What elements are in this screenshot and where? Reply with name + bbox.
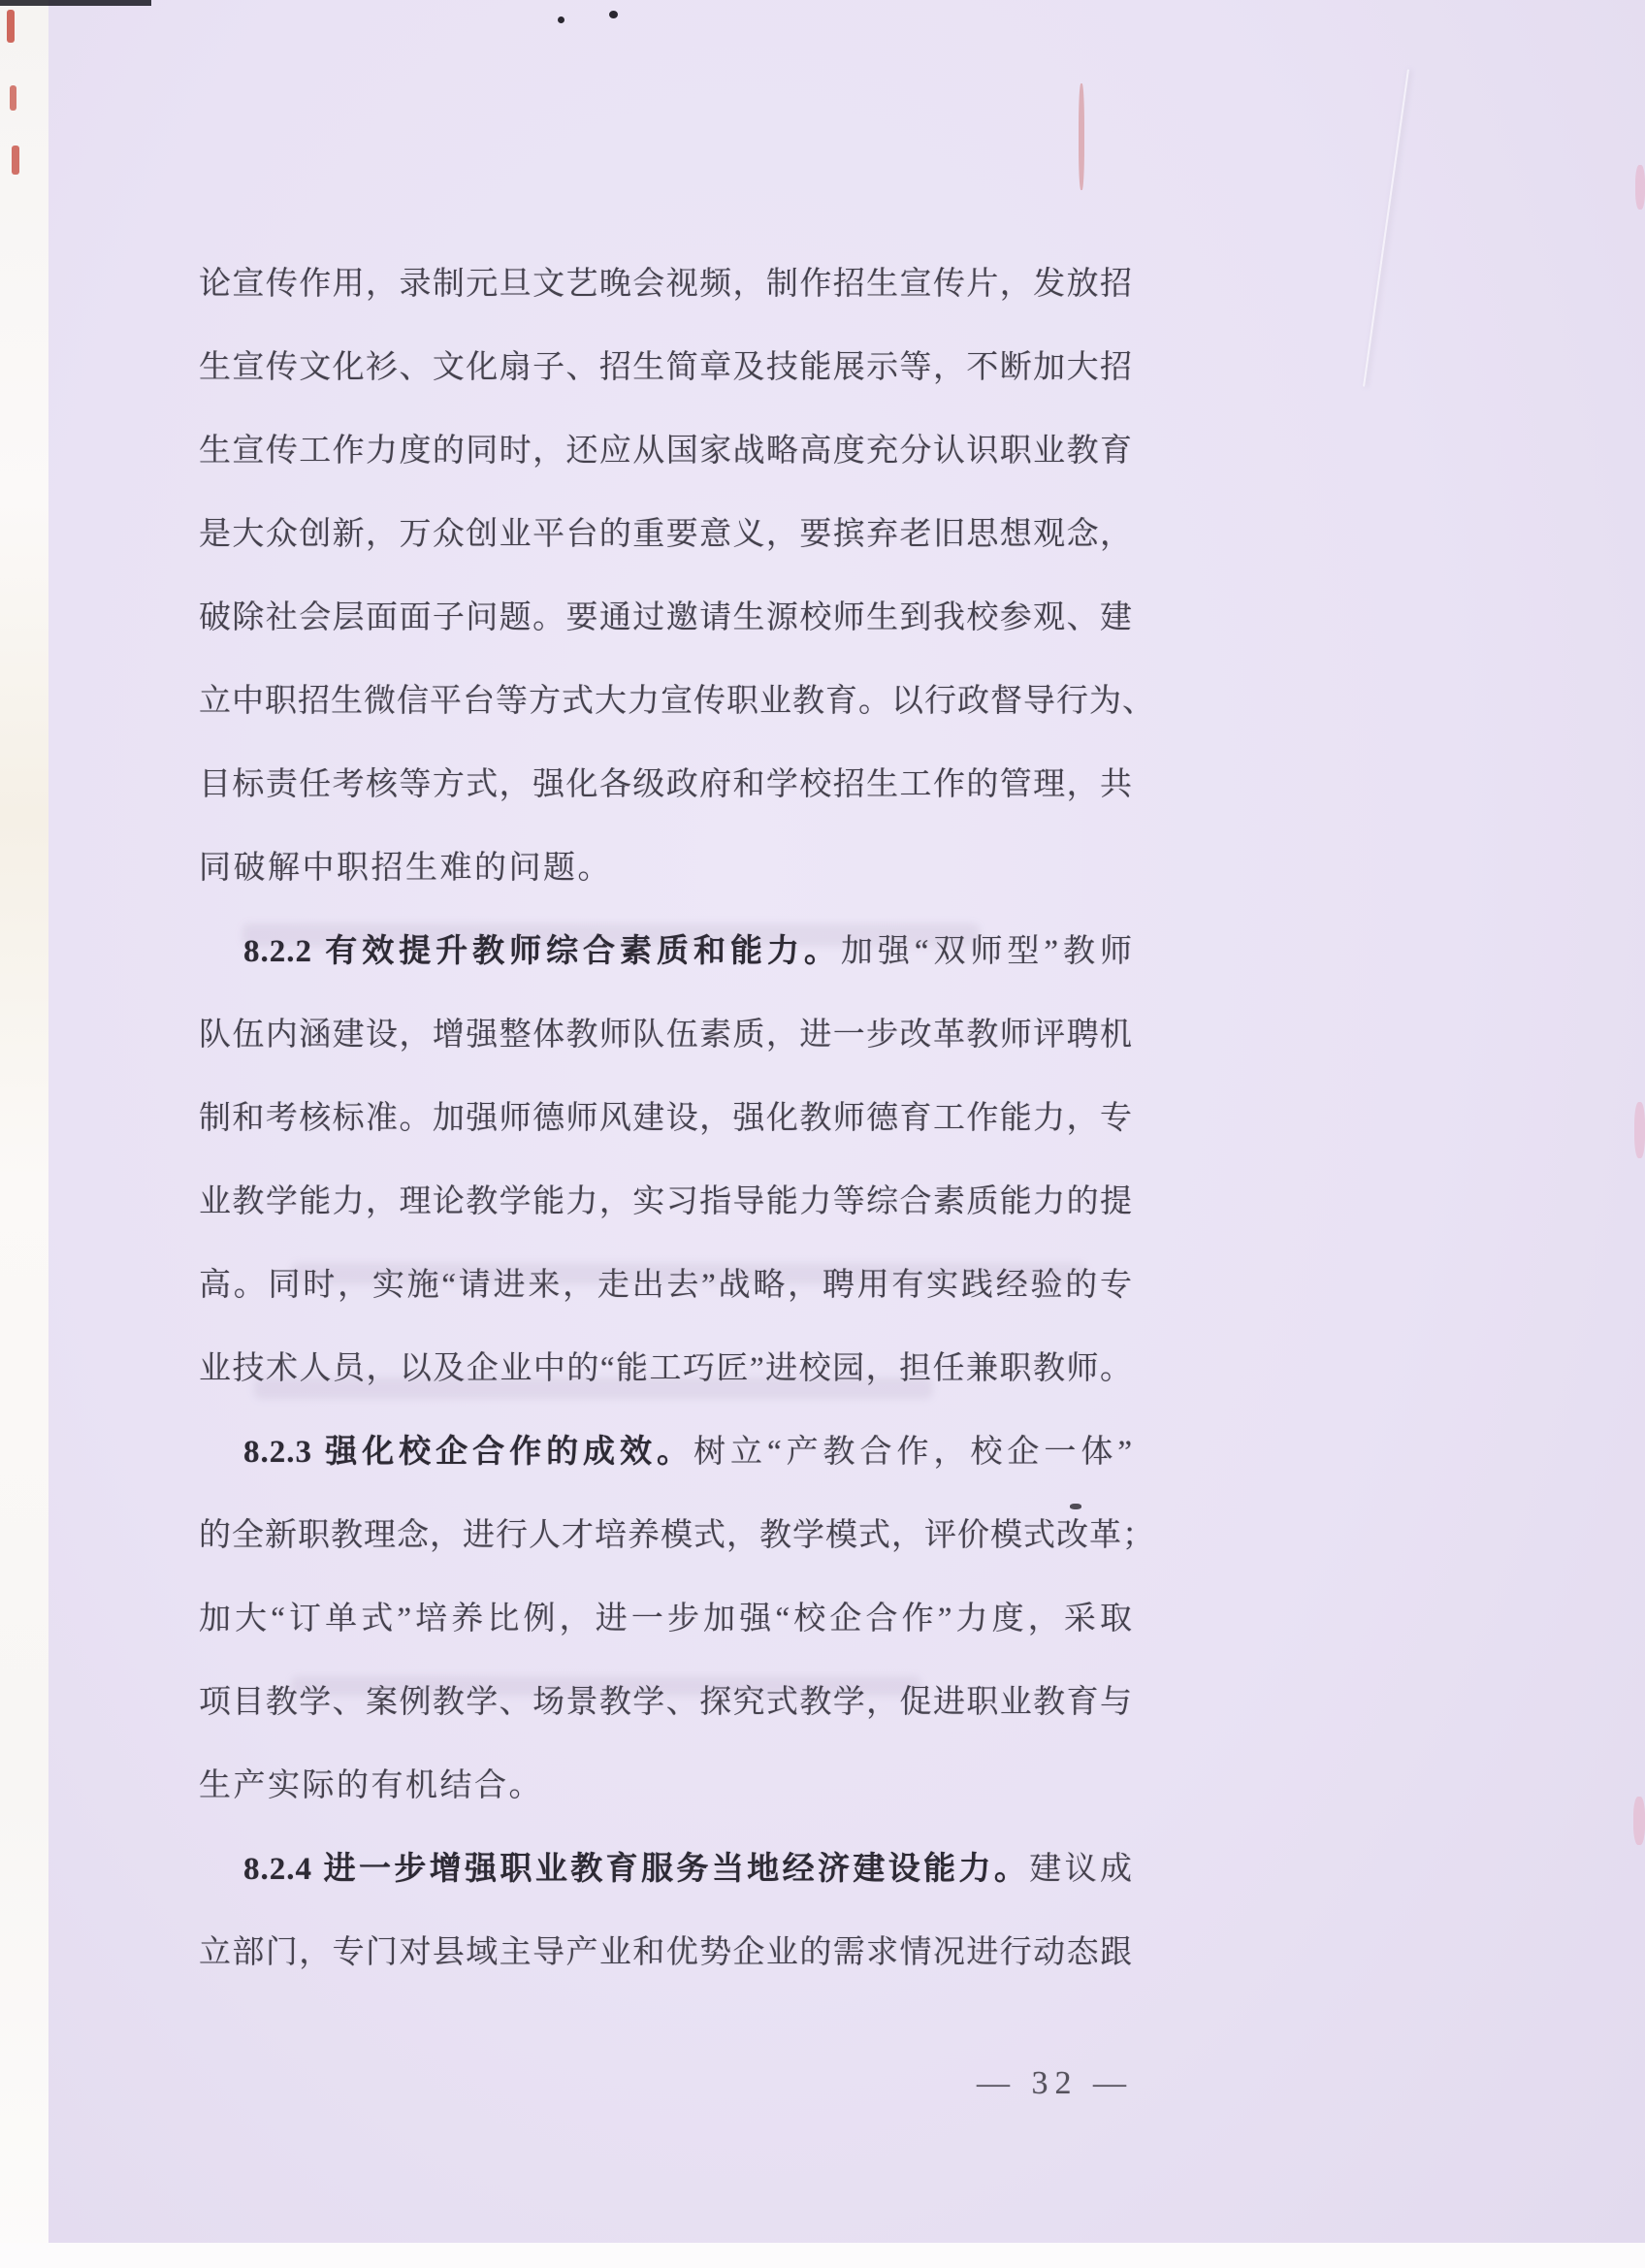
pink-edge-mark: [1633, 1797, 1645, 1845]
red-edge-mark: [10, 85, 16, 111]
text-line: 的全新职教理念，进行人才培养模式，教学模式，评价模式改革；: [199, 1494, 1133, 1577]
body-text: 破除社会层面面子问题。要通过邀请生源校师生到我校参观、建: [199, 600, 1133, 635]
text-line: 队伍内涵建设，增强整体教师队伍素质，进一步改革教师评聘机: [199, 993, 1133, 1077]
text-line: 生产实际的有机结合。: [199, 1744, 1133, 1828]
pink-edge-mark: [1635, 165, 1645, 210]
text-line: 加大“订单式”培养比例，进一步加强“校企合作”力度，采取: [199, 1577, 1133, 1661]
body-text: 加强“双师型”教师: [841, 934, 1133, 969]
text-line: 制和考核标准。加强师德师风建设，强化教师德育工作能力，专: [199, 1077, 1133, 1160]
red-edge-mark: [7, 10, 15, 43]
text-line: 破除社会层面面子问题。要通过邀请生源校师生到我校参观、建: [199, 576, 1133, 660]
paper-crease: [1363, 69, 1409, 386]
text-line: 8.2.3 强化校企合作的成效。树立“产教合作，校企一体”: [199, 1410, 1133, 1494]
body-text: 制和考核标准。加强师德师风建设，强化教师德育工作能力，专: [199, 1101, 1133, 1136]
section-heading: 8.2.3 强化校企合作的成效。: [243, 1435, 693, 1470]
section-heading: 8.2.2 有效提升教师综合素质和能力。: [243, 934, 841, 969]
page-number: — 32 —: [199, 2057, 1139, 2111]
scan-speck: [1070, 1504, 1081, 1509]
body-text: 加大“订单式”培养比例，进一步加强“校企合作”力度，采取: [199, 1602, 1133, 1636]
scan-speck: [558, 16, 564, 23]
scanned-page: 论宣传作用，录制元旦文艺晚会视频，制作招生宣传片，发放招生宣传文化衫、文化扇子、…: [0, 0, 1645, 2268]
text-line: 项目教学、案例教学、场景教学、探究式教学，促进职业教育与: [199, 1661, 1133, 1744]
text-line: 生宣传工作力度的同时，还应从国家战略高度充分认识职业教育: [199, 409, 1133, 493]
body-text: 业教学能力，理论教学能力，实习指导能力等综合素质能力的提: [199, 1184, 1133, 1219]
text-line: 是大众创新，万众创业平台的重要意义，要摈弃老旧思想观念，: [199, 493, 1133, 576]
body-text: 同破解中职招生难的问题。: [199, 851, 612, 886]
text-line: 高。同时，实施“请进来，走出去”战略，聘用有实践经验的专: [199, 1244, 1133, 1327]
red-edge-mark: [1079, 83, 1084, 190]
text-line: 论宣传作用，录制元旦文艺晚会视频，制作招生宣传片，发放招: [199, 243, 1133, 326]
body-text: 是大众创新，万众创业平台的重要意义，要摈弃老旧思想观念，: [199, 517, 1133, 552]
body-text: 业技术人员，以及企业中的“能工巧匠”进校园，担任兼职教师。: [199, 1351, 1133, 1386]
text-line: 目标责任考核等方式，强化各级政府和学校招生工作的管理，共: [199, 743, 1133, 826]
pink-edge-mark: [1634, 1102, 1645, 1158]
body-text: 立中职招生微信平台等方式大力宣传职业教育。以行政督导行为、: [199, 684, 1155, 719]
body-text: 的全新职教理念，进行人才培养模式，教学模式，评价模式改革；: [199, 1518, 1155, 1553]
text-line: 业技术人员，以及企业中的“能工巧匠”进校园，担任兼职教师。: [199, 1327, 1133, 1410]
text-line: 8.2.2 有效提升教师综合素质和能力。加强“双师型”教师: [199, 910, 1133, 993]
scan-speck: [609, 11, 618, 18]
scanner-bottom-band: [0, 2243, 1645, 2268]
page-text: 论宣传作用，录制元旦文艺晚会视频，制作招生宣传片，发放招生宣传文化衫、文化扇子、…: [199, 243, 1133, 1994]
text-line: 立部门，专门对县域主导产业和优势企业的需求情况进行动态跟: [199, 1911, 1133, 1994]
body-text: 生产实际的有机结合。: [199, 1768, 543, 1803]
body-text: 项目教学、案例教学、场景教学、探究式教学，促进职业教育与: [199, 1685, 1133, 1720]
body-text: 树立“产教合作，校企一体”: [693, 1435, 1133, 1470]
body-text: 立部门，专门对县域主导产业和优势企业的需求情况进行动态跟: [199, 1935, 1133, 1970]
scanner-top-shadow: [0, 0, 151, 6]
text-line: 同破解中职招生难的问题。: [199, 826, 1133, 910]
text-line: 生宣传文化衫、文化扇子、招生简章及技能展示等，不断加大招: [199, 326, 1133, 409]
body-text: 高。同时，实施“请进来，走出去”战略，聘用有实践经验的专: [199, 1268, 1133, 1303]
body-text: 目标责任考核等方式，强化各级政府和学校招生工作的管理，共: [199, 767, 1133, 802]
text-line: 8.2.4 进一步增强职业教育服务当地经济建设能力。建议成: [199, 1828, 1133, 1911]
body-text: 论宣传作用，录制元旦文艺晚会视频，制作招生宣传片，发放招: [199, 267, 1133, 302]
body-text: 建议成: [1029, 1852, 1133, 1887]
text-line: 业教学能力，理论教学能力，实习指导能力等综合素质能力的提: [199, 1160, 1133, 1244]
red-edge-mark: [12, 146, 19, 175]
scanner-edge-strip: [0, 0, 48, 2268]
text-line: 立中职招生微信平台等方式大力宣传职业教育。以行政督导行为、: [199, 660, 1133, 743]
body-text: 生宣传工作力度的同时，还应从国家战略高度充分认识职业教育: [199, 434, 1133, 469]
body-text: 生宣传文化衫、文化扇子、招生简章及技能展示等，不断加大招: [199, 350, 1133, 385]
body-text: 队伍内涵建设，增强整体教师队伍素质，进一步改革教师评聘机: [199, 1018, 1133, 1053]
section-heading: 8.2.4 进一步增强职业教育服务当地经济建设能力。: [243, 1852, 1029, 1887]
